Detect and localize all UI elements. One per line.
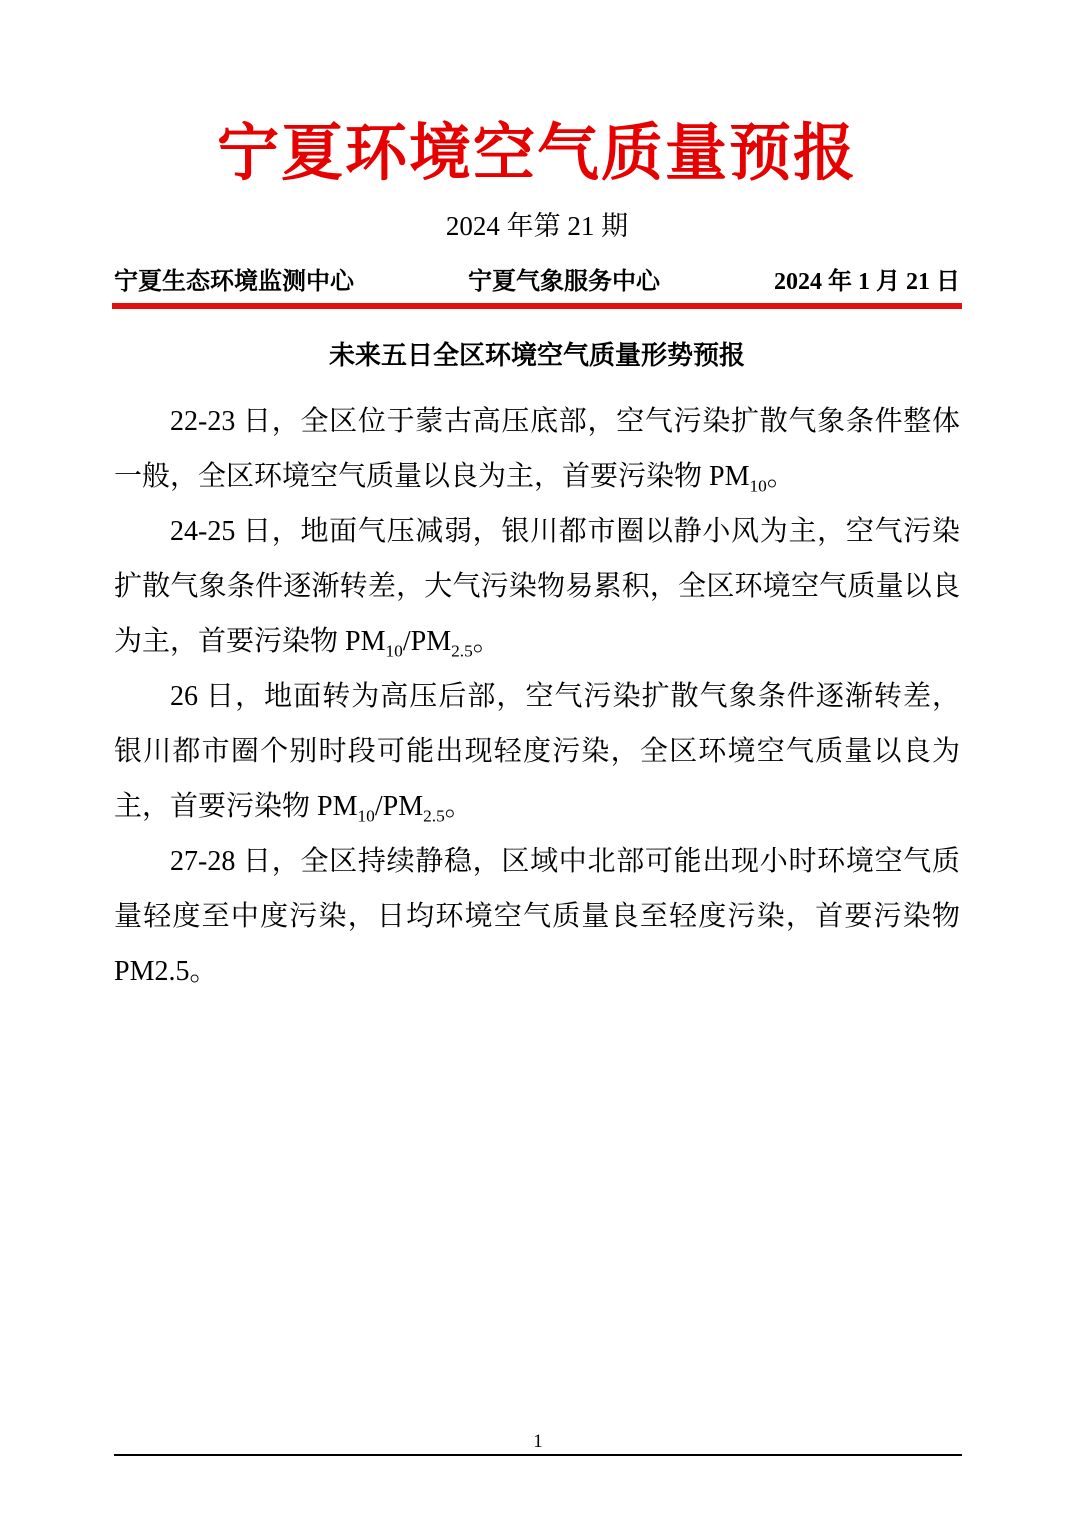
subscript-text: 10 [385,641,402,660]
issue-number: 2024 年第 21 期 [0,210,1074,242]
header-org-row: 宁夏生态环境监测中心 宁夏气象服务中心 2024 年 1 月 21 日 [0,268,1074,296]
header-date: 2024 年 1 月 21 日 [774,268,960,296]
body-paragraph: 22-23 日，全区位于蒙古高压底部，空气污染扩散气象条件整体一般，全区环境空气… [114,394,960,504]
red-divider-rule [112,303,962,309]
body-paragraphs: 22-23 日，全区位于蒙古高压底部，空气污染扩散气象条件整体一般，全区环境空气… [0,394,1074,999]
org-left-label: 宁夏生态环境监测中心 [114,268,354,296]
subscript-text: 2.5 [451,641,473,660]
section-heading: 未来五日全区环境空气质量形势预报 [0,340,1074,372]
body-paragraph: 26 日，地面转为高压后部，空气污染扩散气象条件逐渐转差，银川都市圈个别时段可能… [114,669,960,834]
page-number: 1 [114,1431,962,1453]
subscript-text: 10 [357,806,374,825]
document-title: 宁夏环境空气质量预报 [0,0,1074,194]
footer-divider-rule [114,1454,962,1456]
subscript-text: 2.5 [423,806,445,825]
subscript-text: 10 [749,476,766,495]
body-paragraph: 24-25 日，地面气压减弱，银川都市圈以静小风为主，空气污染扩散气象条件逐渐转… [114,504,960,669]
page-footer: 1 [114,1431,962,1456]
document-page: 宁夏环境空气质量预报 2024 年第 21 期 宁夏生态环境监测中心 宁夏气象服… [0,0,1074,1520]
body-paragraph: 27-28 日，全区持续静稳，区域中北部可能出现小时环境空气质量轻度至中度污染，… [114,834,960,999]
org-center-label: 宁夏气象服务中心 [468,268,660,296]
